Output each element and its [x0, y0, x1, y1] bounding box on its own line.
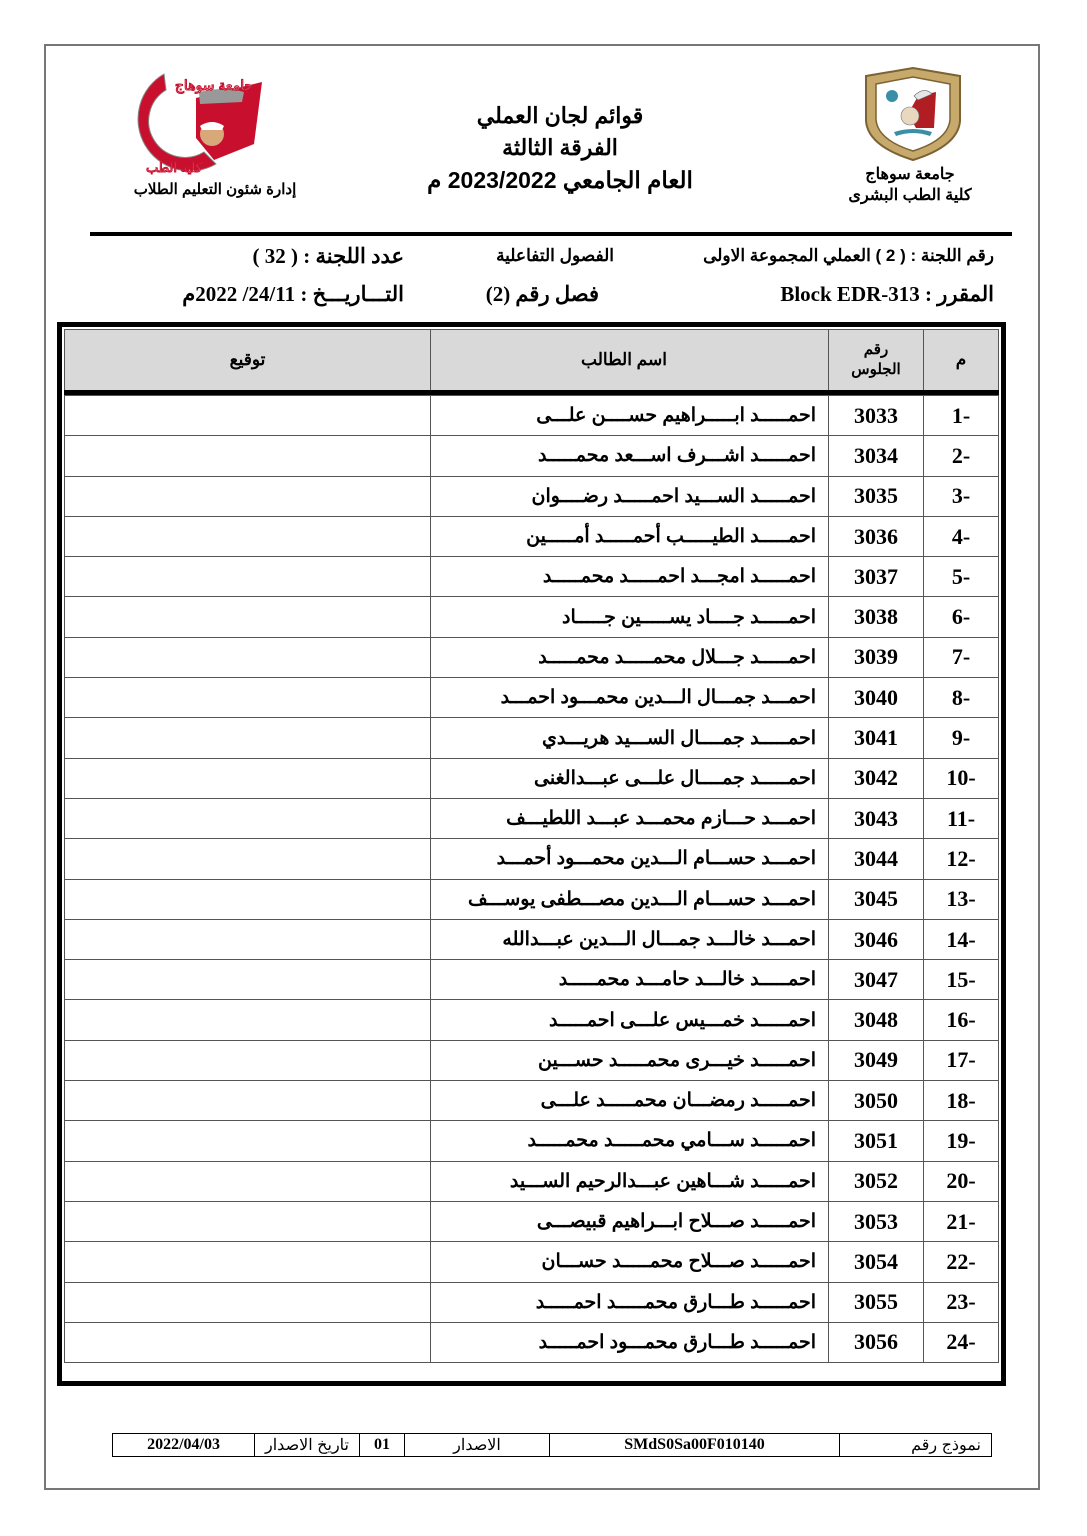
- student-name: احمـــــد خيـــرى محمـــــد حســـين: [431, 1040, 829, 1080]
- student-name: احمـــــد ابـــــراهيم حســــن علـــى: [431, 396, 829, 436]
- committee-count: عدد اللجنة : ( 32 ): [253, 244, 404, 269]
- signature-cell[interactable]: [65, 839, 431, 879]
- version-number: 01: [359, 1434, 404, 1456]
- row-index: -16: [924, 1000, 999, 1040]
- row-index: -17: [924, 1040, 999, 1080]
- form-number: SMdS0Sa00F010140: [549, 1434, 839, 1456]
- table-row: -213053احمـــــد صـــلاح ابـــراهيم قبيص…: [65, 1201, 999, 1241]
- seat-number: 3055: [829, 1282, 924, 1322]
- signature-cell[interactable]: [65, 637, 431, 677]
- table-row: -163048احمـــــد خمـــيس علـــى احمـــــ…: [65, 1000, 999, 1040]
- student-name: احمـــــد اشـــرف اســـعد محمـــــد: [431, 436, 829, 476]
- issue-date: 2022/04/03: [113, 1434, 254, 1456]
- seat-number: 3045: [829, 879, 924, 919]
- title-line-2: الفرقة الثالثة: [380, 132, 740, 164]
- faculty-name: كلية الطب البشرى: [820, 185, 1000, 206]
- table-row: -113043احمـــد حـــازم محمـــد عبـــد ال…: [65, 798, 999, 838]
- version-label: الاصدار: [404, 1434, 549, 1456]
- signature-cell[interactable]: [65, 1201, 431, 1241]
- row-index: -6: [924, 597, 999, 637]
- signature-cell[interactable]: [65, 678, 431, 718]
- row-index: -4: [924, 516, 999, 556]
- seat-number: 3046: [829, 919, 924, 959]
- row-index: -14: [924, 919, 999, 959]
- seat-number: 3051: [829, 1121, 924, 1161]
- student-name: احمـــــد امجـــد احمـــــد محمـــــد: [431, 557, 829, 597]
- student-name: احمـــــد جـــلال محمـــــد محمـــــد: [431, 637, 829, 677]
- table-row: -243056احمـــــد طـــارق محمـــود احمـــ…: [65, 1322, 999, 1362]
- signature-cell[interactable]: [65, 1282, 431, 1322]
- seat-number: 3036: [829, 516, 924, 556]
- signature-cell[interactable]: [65, 436, 431, 476]
- seat-number: 3035: [829, 476, 924, 516]
- header-seat-number: رقم الجلوس: [829, 330, 924, 393]
- signature-cell[interactable]: [65, 1000, 431, 1040]
- student-name: احمـــــد جمــــال الســـيد هريـــدي: [431, 718, 829, 758]
- row-index: -24: [924, 1322, 999, 1362]
- signature-cell[interactable]: [65, 1161, 431, 1201]
- table-body: -13033احمـــــد ابـــــراهيم حســــن علـ…: [65, 396, 999, 1363]
- student-name: احمـــــد رمضـــان محمـــــد علـــى: [431, 1081, 829, 1121]
- form-number-label: نموذج رقم: [839, 1434, 991, 1456]
- header-student-name: اسم الطالب: [431, 330, 829, 393]
- seat-number: 3044: [829, 839, 924, 879]
- signature-cell[interactable]: [65, 396, 431, 436]
- student-name: احمـــد حســـام الـــدين مصـــطفى يوســـ…: [431, 879, 829, 919]
- signature-cell[interactable]: [65, 476, 431, 516]
- table-row: -33035احمـــــد الســـيد احمـــــد رضـــ…: [65, 476, 999, 516]
- sohag-university-emblem-icon: [858, 66, 968, 162]
- row-index: -10: [924, 758, 999, 798]
- academic-year: العام الجامعي 2023/2022 م: [380, 164, 740, 196]
- seat-number: 3056: [829, 1322, 924, 1362]
- signature-cell[interactable]: [65, 1081, 431, 1121]
- table-row: -123044احمـــد حســـام الـــدين محمـــود…: [65, 839, 999, 879]
- title-line-1: قوائم لجان العملي: [380, 100, 740, 132]
- course-code: المقرر : Block EDR-313: [780, 282, 994, 307]
- table-row: -93041احمـــــد جمــــال الســـيد هريـــ…: [65, 718, 999, 758]
- student-name: احمـــــد جــــاد يســـــين جـــــاد: [431, 597, 829, 637]
- table-row: -133045احمـــد حســـام الـــدين مصـــطفى…: [65, 879, 999, 919]
- university-name-block: جامعة سوهاج كلية الطب البشرى: [820, 164, 1000, 206]
- signature-cell[interactable]: [65, 557, 431, 597]
- student-name: احمـــــد صـــلاح ابـــراهيم قبيصـــى: [431, 1201, 829, 1241]
- table-row: -173049احمـــــد خيـــرى محمـــــد حســـ…: [65, 1040, 999, 1080]
- row-index: -12: [924, 839, 999, 879]
- table-header-row: م رقم الجلوس اسم الطالب توقيع: [65, 330, 999, 393]
- row-index: -13: [924, 879, 999, 919]
- header-divider: [90, 232, 1012, 236]
- student-name: احمـــــد خالـــد حامـــد محمـــــد: [431, 960, 829, 1000]
- row-index: -7: [924, 637, 999, 677]
- signature-cell[interactable]: [65, 1040, 431, 1080]
- student-name: احمـــد جمـــال الـــدين محمـــود احمـــ…: [431, 678, 829, 718]
- row-index: -21: [924, 1201, 999, 1241]
- seat-number: 3043: [829, 798, 924, 838]
- students-table: م رقم الجلوس اسم الطالب توقيع -13033احمـ…: [64, 329, 999, 1363]
- table-row: -183050احمـــــد رمضـــان محمـــــد علــ…: [65, 1081, 999, 1121]
- student-name: احمـــــد شـــاهين عبـــدالرحيم الســـيد: [431, 1161, 829, 1201]
- student-name: احمـــــد خمـــيس علـــى احمـــــد: [431, 1000, 829, 1040]
- row-index: -23: [924, 1282, 999, 1322]
- student-name: احمـــــد الســـيد احمـــــد رضــــوان: [431, 476, 829, 516]
- seat-number: 3040: [829, 678, 924, 718]
- signature-cell[interactable]: [65, 1242, 431, 1282]
- student-name: احمـــــد صـــلاح محمـــــد حســـان: [431, 1242, 829, 1282]
- student-name: احمـــــد طـــارق محمـــــد احمـــــد: [431, 1282, 829, 1322]
- table-row: -53037احمـــــد امجـــد احمـــــد محمـــ…: [65, 557, 999, 597]
- seat-number: 3033: [829, 396, 924, 436]
- table-row: -73039احمـــــد جـــلال محمـــــد محمـــ…: [65, 637, 999, 677]
- signature-cell[interactable]: [65, 718, 431, 758]
- signature-cell[interactable]: [65, 758, 431, 798]
- header-signature: توقيع: [65, 330, 431, 393]
- svg-text:كلية الطب: كلية الطب: [146, 160, 203, 175]
- student-name: احمـــــد ســـامي محمـــــد محمـــــد: [431, 1121, 829, 1161]
- seat-number: 3053: [829, 1201, 924, 1241]
- signature-cell[interactable]: [65, 1322, 431, 1362]
- signature-cell[interactable]: [65, 919, 431, 959]
- signature-cell[interactable]: [65, 516, 431, 556]
- table-row: -143046احمـــد خالـــد جمـــال الـــدين …: [65, 919, 999, 959]
- university-name: جامعة سوهاج: [820, 164, 1000, 185]
- table-row: -83040احمـــد جمـــال الـــدين محمـــود …: [65, 678, 999, 718]
- row-index: -3: [924, 476, 999, 516]
- row-index: -15: [924, 960, 999, 1000]
- seat-number: 3039: [829, 637, 924, 677]
- table-row: -233055احمـــــد طـــارق محمـــــد احمــ…: [65, 1282, 999, 1322]
- signature-cell[interactable]: [65, 597, 431, 637]
- exam-date: التـــاريـــخ : 24/11/ 2022م: [182, 282, 404, 307]
- seat-number: 3038: [829, 597, 924, 637]
- row-index: -11: [924, 798, 999, 838]
- committee-number: رقم اللجنة : ( 2 ) العملي المجموعة الاول…: [703, 246, 994, 266]
- row-index: -22: [924, 1242, 999, 1282]
- header-seat-line-1: رقم: [830, 340, 922, 360]
- table-row: -63038احمـــــد جــــاد يســـــين جـــــ…: [65, 597, 999, 637]
- signature-cell[interactable]: [65, 960, 431, 1000]
- seat-number: 3049: [829, 1040, 924, 1080]
- seat-number: 3042: [829, 758, 924, 798]
- student-name: احمـــد خالـــد جمـــال الـــدين عبـــدا…: [431, 919, 829, 959]
- student-name: احمـــــد طـــارق محمـــود احمـــــد: [431, 1322, 829, 1362]
- svg-text:جامعة سوهاج: جامعة سوهاج: [175, 77, 253, 94]
- row-index: -1: [924, 396, 999, 436]
- seat-number: 3037: [829, 557, 924, 597]
- table-row: -203052احمـــــد شـــاهين عبـــدالرحيم ا…: [65, 1161, 999, 1201]
- row-index: -8: [924, 678, 999, 718]
- student-name: احمـــد حـــازم محمـــد عبـــد اللطيـــف: [431, 798, 829, 838]
- row-index: -20: [924, 1161, 999, 1201]
- row-index: -2: [924, 436, 999, 476]
- table-row: -193051احمـــــد ســـامي محمـــــد محمــ…: [65, 1121, 999, 1161]
- seat-number: 3050: [829, 1081, 924, 1121]
- students-table-frame: م رقم الجلوس اسم الطالب توقيع -13033احمـ…: [57, 322, 1006, 1386]
- row-index: -18: [924, 1081, 999, 1121]
- student-name: احمـــــد الطيـــــب أحمـــــد أمـــــين: [431, 516, 829, 556]
- faculty-of-medicine-logo-icon: جامعة سوهاج كلية الطب: [104, 68, 274, 176]
- seat-number: 3034: [829, 436, 924, 476]
- table-row: -23034احمـــــد اشـــرف اســـعد محمـــــ…: [65, 436, 999, 476]
- form-footer: نموذج رقم SMdS0Sa00F010140 الاصدار 01 تا…: [112, 1433, 992, 1457]
- table-row: -13033احمـــــد ابـــــراهيم حســــن علـ…: [65, 396, 999, 436]
- header-seat-line-2: الجلوس: [830, 360, 922, 380]
- student-name: احمـــد حســـام الـــدين محمـــود أحمـــ…: [431, 839, 829, 879]
- department-name: إدارة شئون التعليم الطلاب: [100, 180, 330, 198]
- signature-cell[interactable]: [65, 798, 431, 838]
- seat-number: 3052: [829, 1161, 924, 1201]
- row-index: -9: [924, 718, 999, 758]
- header-index: م: [924, 330, 999, 393]
- table-row: -153047احمـــــد خالـــد حامـــد محمــــ…: [65, 960, 999, 1000]
- table-row: -103042احمـــــد جمــــال علـــى عبـــدا…: [65, 758, 999, 798]
- seat-number: 3041: [829, 718, 924, 758]
- document-title: قوائم لجان العملي الفرقة الثالثة العام ا…: [380, 100, 740, 196]
- seat-number: 3047: [829, 960, 924, 1000]
- classroom-number: فصل رقم (2): [486, 282, 599, 307]
- signature-cell[interactable]: [65, 1121, 431, 1161]
- row-index: -19: [924, 1121, 999, 1161]
- classroom-type: الفصول التفاعلية: [496, 246, 614, 266]
- table-row: -43036احمـــــد الطيـــــب أحمـــــد أمـ…: [65, 516, 999, 556]
- seat-number: 3048: [829, 1000, 924, 1040]
- student-name: احمـــــد جمــــال علـــى عبـــدالغنى: [431, 758, 829, 798]
- table-row: -223054احمـــــد صـــلاح محمـــــد حســـ…: [65, 1242, 999, 1282]
- issue-date-label: تاريخ الاصدار: [254, 1434, 359, 1456]
- signature-cell[interactable]: [65, 879, 431, 919]
- seat-number: 3054: [829, 1242, 924, 1282]
- row-index: -5: [924, 557, 999, 597]
